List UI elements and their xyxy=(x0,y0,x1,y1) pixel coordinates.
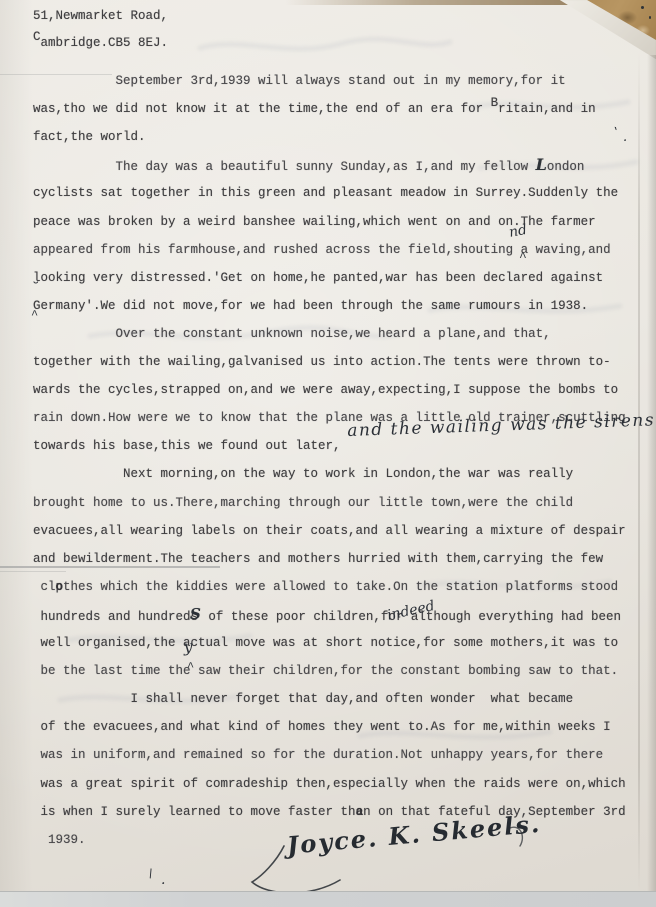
typed-line-14: wards the cycles,strapped on,and we were… xyxy=(33,382,618,398)
typed-line-4: was,tho we did not know it at the time,t… xyxy=(33,101,596,117)
pencil-underline-bewilderment-2 xyxy=(0,571,66,572)
pen-mark-bottom-left-dot: . xyxy=(161,873,165,887)
typed-line-17: Next morning,on the way to work in Londo… xyxy=(33,466,573,482)
typed-line-27: was in uniform,and remained so for the d… xyxy=(33,747,603,763)
typed-line-18: brought home to us.There,marching throug… xyxy=(33,495,573,511)
ink-speck-corner-1 xyxy=(641,6,644,9)
typed-line-1: 51,Newmarket Road, xyxy=(33,8,168,24)
typed-line-11: Germany'.We did not move,for we had been… xyxy=(33,298,588,314)
pen-mark-right-margin-dot: . xyxy=(623,131,627,144)
typed-line-21: clpothes which the kiddies were allowed … xyxy=(33,579,618,595)
typed-line-24: be the last time the saw their children,… xyxy=(33,663,618,679)
pencil-underline-bewilderment xyxy=(0,566,220,568)
typed-line-7: cyclists sat together in this green and … xyxy=(33,185,618,201)
typed-line-16: towards his base,this we found out later… xyxy=(33,438,341,454)
typed-line-3: September 3rd,1939 will always stand out… xyxy=(33,73,566,89)
pen-mark-bottom-left-tick: \ xyxy=(148,867,154,880)
typed-line-30: 1939. xyxy=(33,832,86,848)
typed-line-23: well organised,the actual move was at sh… xyxy=(33,635,618,651)
page-bottom-edge xyxy=(0,891,656,907)
typed-line-22: hundreds and hundredsS of these poor chi… xyxy=(33,607,621,625)
typed-line-26: of the evacuees,and what kind of homes t… xyxy=(33,719,611,735)
paper-fold-line xyxy=(638,52,640,891)
typed-line-2: Cambridge.CB5 8EJ. xyxy=(33,35,168,51)
paper-right-edge-shadow xyxy=(647,55,656,892)
typed-line-28: was a great spirit of comradeship then,e… xyxy=(33,776,626,792)
typed-line-12: Over the constant unknown noise,we heard… xyxy=(33,326,551,342)
typed-line-5: fact,the world. xyxy=(33,129,146,145)
paper-page: 51,Newmarket Road,Cambridge.CB5 8EJ. Sep… xyxy=(0,0,656,907)
typed-line-6: The day was a beautiful sunny Sunday,as … xyxy=(33,157,584,175)
proof-mark-germany-breve: ˘ xyxy=(31,281,41,297)
ink-speck-corner-2 xyxy=(649,16,651,19)
document-photo: 51,Newmarket Road,Cambridge.CB5 8EJ. Sep… xyxy=(0,0,656,907)
insertion-caret-nd: ^ xyxy=(519,251,527,264)
typed-line-20: and bewilderment.The teachers and mother… xyxy=(33,551,603,567)
typed-line-13: together with the wailing,galvanised us … xyxy=(33,354,611,370)
pencil-crease-top-left xyxy=(0,74,112,75)
typed-line-10: looking very distressed.'Get on home,he … xyxy=(33,270,603,286)
typed-line-19: evacuees,all wearing labels on their coa… xyxy=(33,523,626,539)
typed-line-25: I shall never forget that day,and often … xyxy=(33,691,573,707)
proof-mark-germany-caret: ^ xyxy=(31,309,38,321)
insertion-y: y xyxy=(183,638,193,655)
insertion-nd: nd xyxy=(508,223,528,240)
pen-mark-right-margin-tick: ` xyxy=(608,126,619,142)
insertion-caret-y: ^ xyxy=(187,661,194,673)
